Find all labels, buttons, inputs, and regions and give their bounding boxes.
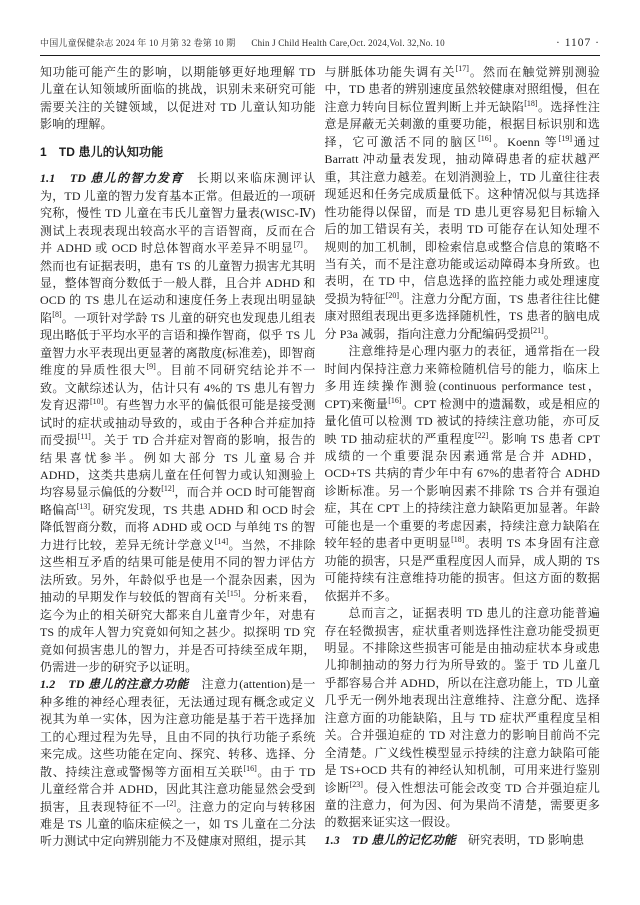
journal-title-en: Chin J Child Health Care,Oct. 2024,Vol. … <box>251 38 444 48</box>
journal-title-cn: 中国儿童保健杂志 2024 年 10 月第 32 卷第 10 期 <box>40 36 235 49</box>
subsection-label: 1.1 TD 患儿的智力发育 <box>40 171 184 185</box>
paragraph: 1.2 TD 患儿的注意力功能 注意力(attention)是一种多维的神经心理… <box>40 676 316 851</box>
reference-marker: [16] <box>388 396 401 405</box>
paragraph: 1.3 TD 患儿的记忆功能 研究表明，TD 影响患 <box>325 832 601 849</box>
paragraph: 与胼胝体功能失调有关[17]。然而在触觉辨别测验中，TD 患者的辨别速度虽然较健… <box>325 64 601 343</box>
reference-marker: [18] <box>451 535 464 544</box>
reference-marker: [17] <box>456 64 469 73</box>
reference-marker: [20] <box>386 291 399 300</box>
page-header: 中国儿童保健杂志 2024 年 10 月第 32 卷第 10 期 Chin J … <box>40 36 600 49</box>
subsection-label: 1.2 TD 患儿的注意力功能 <box>40 677 189 691</box>
reference-marker: [21] <box>531 326 544 335</box>
article-column-left: 知功能可能产生的影响，以期能够更好地理解 TD 儿童在认知领域所面临的挑战，识别… <box>40 64 316 851</box>
reference-marker: [9] <box>146 362 155 371</box>
section-heading: 1 TD 患儿的认知功能 <box>40 144 316 161</box>
journal-page: 中国儿童保健杂志 2024 年 10 月第 32 卷第 10 期 Chin J … <box>0 0 640 905</box>
reference-marker: [16] <box>243 764 256 773</box>
reference-marker: [12] <box>161 484 174 493</box>
reference-marker: [10] <box>90 397 103 406</box>
reference-marker: [2] <box>167 799 176 808</box>
paragraph: 知功能可能产生的影响，以期能够更好地理解 TD 儿童在认知领域所面临的挑战，识别… <box>40 64 316 134</box>
paragraph: 总而言之，证据表明 TD 患儿的注意功能普遍存在轻微损害，症状重者则选择性注意功… <box>325 605 601 832</box>
reference-marker: [18] <box>524 99 537 108</box>
reference-marker: [11] <box>78 432 91 441</box>
paragraph: 注意维持是心理内驱力的表征，通常指在一段时间内保持注意力来筛检随机信号的能力，临… <box>325 343 601 605</box>
reference-marker: [22] <box>475 431 488 440</box>
subsection-label: 1.3 TD 患儿的记忆功能 <box>325 833 456 847</box>
paragraph: 1.1 TD 患儿的智力发育 长期以来临床测评认为，TD 儿童的智力发育基本正常… <box>40 170 316 676</box>
reference-marker: [15] <box>227 589 240 598</box>
article-column-right: 与胼胝体功能失调有关[17]。然而在触觉辨别测验中，TD 患者的辨别速度虽然较健… <box>325 64 601 851</box>
reference-marker: [8] <box>52 310 61 319</box>
page-number: · 1107 · <box>556 37 600 49</box>
reference-marker: [7] <box>293 240 302 249</box>
header-rule <box>40 55 600 56</box>
reference-marker: [14] <box>215 537 228 546</box>
article-body: 知功能可能产生的影响，以期能够更好地理解 TD 儿童在认知领域所面临的挑战，识别… <box>40 64 600 851</box>
reference-marker: [13] <box>77 502 90 511</box>
reference-marker: [16] <box>478 134 491 143</box>
reference-marker: [19] <box>559 134 572 143</box>
reference-marker: [23] <box>350 780 363 789</box>
